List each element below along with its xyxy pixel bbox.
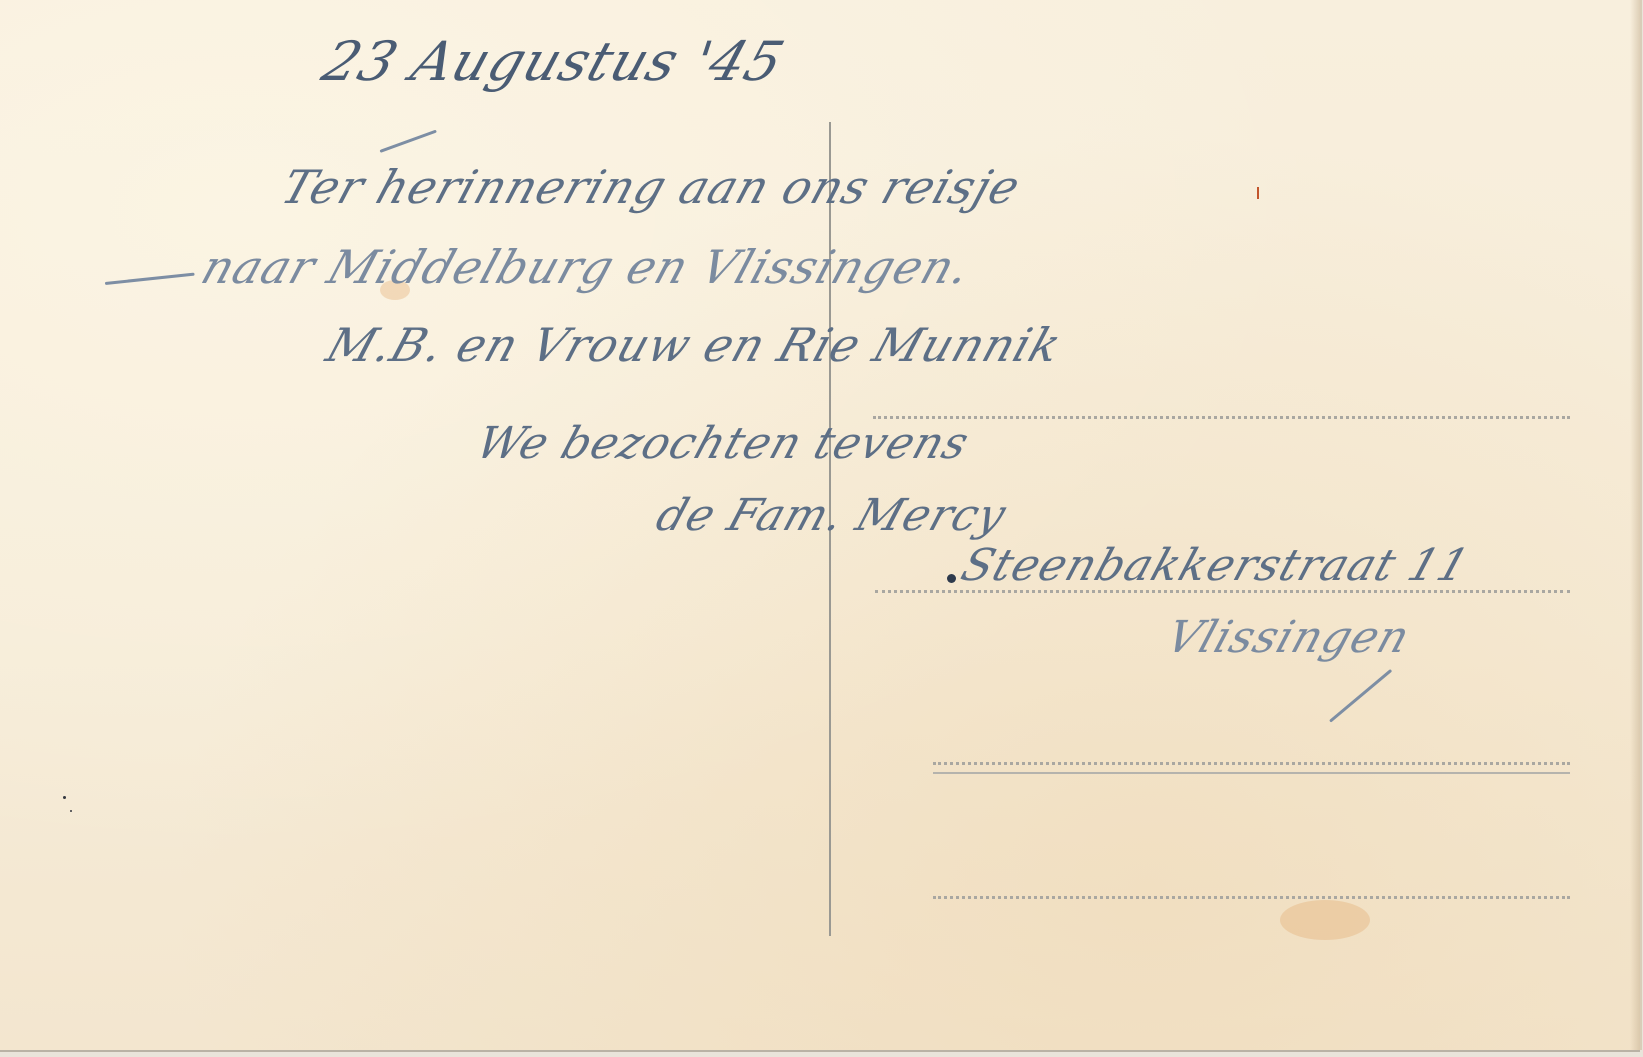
message-line-3: M.B. en Vrouw en Rie Munnik <box>320 318 1069 372</box>
handwriting-flourish <box>379 130 436 153</box>
message-line-2: naar Middelburg en Vlissingen. <box>195 240 978 294</box>
postcard-back: 23 Augustus '45 Ter herinnering aan ons … <box>0 0 1640 1050</box>
card-edge-shadow <box>1630 0 1640 1050</box>
address-line-street: Steenbakkerstraat 11 <box>955 540 1476 591</box>
ink-blot <box>947 574 956 583</box>
address-line-4 <box>933 896 1570 899</box>
address-line-1 <box>873 416 1570 419</box>
message-line-5: de Fam. Mercy <box>650 490 1013 541</box>
red-ink-mark <box>1257 187 1259 199</box>
handwriting-flourish <box>1329 669 1392 723</box>
address-line-3-underline <box>933 772 1570 774</box>
message-line-4: We bezochten tevens <box>470 418 976 469</box>
address-line-city: Vlissingen <box>1160 612 1417 663</box>
message-line-1: Ter herinnering aan ons reisje <box>275 160 1028 214</box>
address-line-3 <box>933 762 1570 765</box>
paper-speck <box>70 810 72 812</box>
message-date: 23 Augustus '45 <box>315 30 792 93</box>
handwriting-flourish <box>105 273 195 285</box>
paper-stain <box>1280 900 1370 940</box>
paper-speck <box>63 796 66 799</box>
